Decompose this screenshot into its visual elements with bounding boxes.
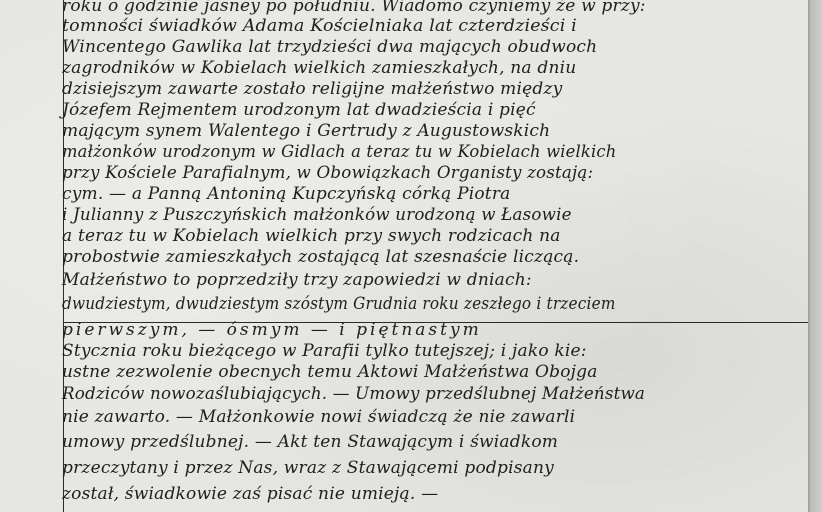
text-line: cym. — a Panną Antoniną Kupczyńską córką… (62, 184, 511, 204)
text-line: zagrodników w Kobielach wielkich zamiesz… (62, 58, 576, 78)
text-line: Stycznia roku bieżącego w Parafii tylko … (62, 341, 587, 361)
text-line: ustne zezwolenie obecnych temu Aktowi Ma… (62, 362, 598, 382)
text-line: Wincentego Gawlika lat trzydzieści dwa m… (62, 37, 597, 57)
text-line: umowy przedślubnej. — Akt ten Stawającym… (62, 432, 558, 452)
text-line: Małżeństwo to poprzedziły trzy zapowiedz… (62, 270, 532, 290)
text-line: i Julianny z Puszczyńskich małżonków uro… (62, 205, 572, 225)
text-line: dwudziestym, dwudziestym szóstym Grudnia… (62, 294, 616, 314)
text-line: pierwszym, — ósmym — i piętnastym (62, 320, 482, 340)
text-line: przy Kościele Parafialnym, w Obowiązkach… (62, 163, 593, 183)
text-line: a teraz tu w Kobielach wielkich przy swy… (62, 226, 561, 246)
text-line: przeczytany i przez Nas, wraz z Stawając… (62, 458, 554, 478)
text-line: nie zawarto. — Małżonkowie nowi świadczą… (62, 407, 575, 427)
text-line: roku o godzinie jasney po południu. Wiad… (62, 0, 646, 16)
text-line: został, świadkowie zaś pisać nie umieją.… (62, 484, 438, 504)
document-page: roku o godzinie jasney po południu. Wiad… (0, 0, 810, 512)
text-line: probostwie zamieszkałych zostającą lat s… (62, 247, 579, 267)
page-edge-shadow (808, 0, 822, 512)
text-line: mającym synem Walentego i Gertrudy z Aug… (62, 121, 550, 141)
text-line: tomności świadków Adama Kościelniaka lat… (62, 16, 577, 36)
text-line: Józefem Rejmentem urodzonym lat dwadzieś… (62, 100, 536, 120)
text-line: małżonków urodzonym w Gidlach a teraz tu… (62, 142, 616, 162)
text-line: dzisiejszym zawarte zostało religijne ma… (62, 79, 562, 99)
text-line: Rodziców nowozaślubiających. — Umowy prz… (62, 384, 645, 404)
